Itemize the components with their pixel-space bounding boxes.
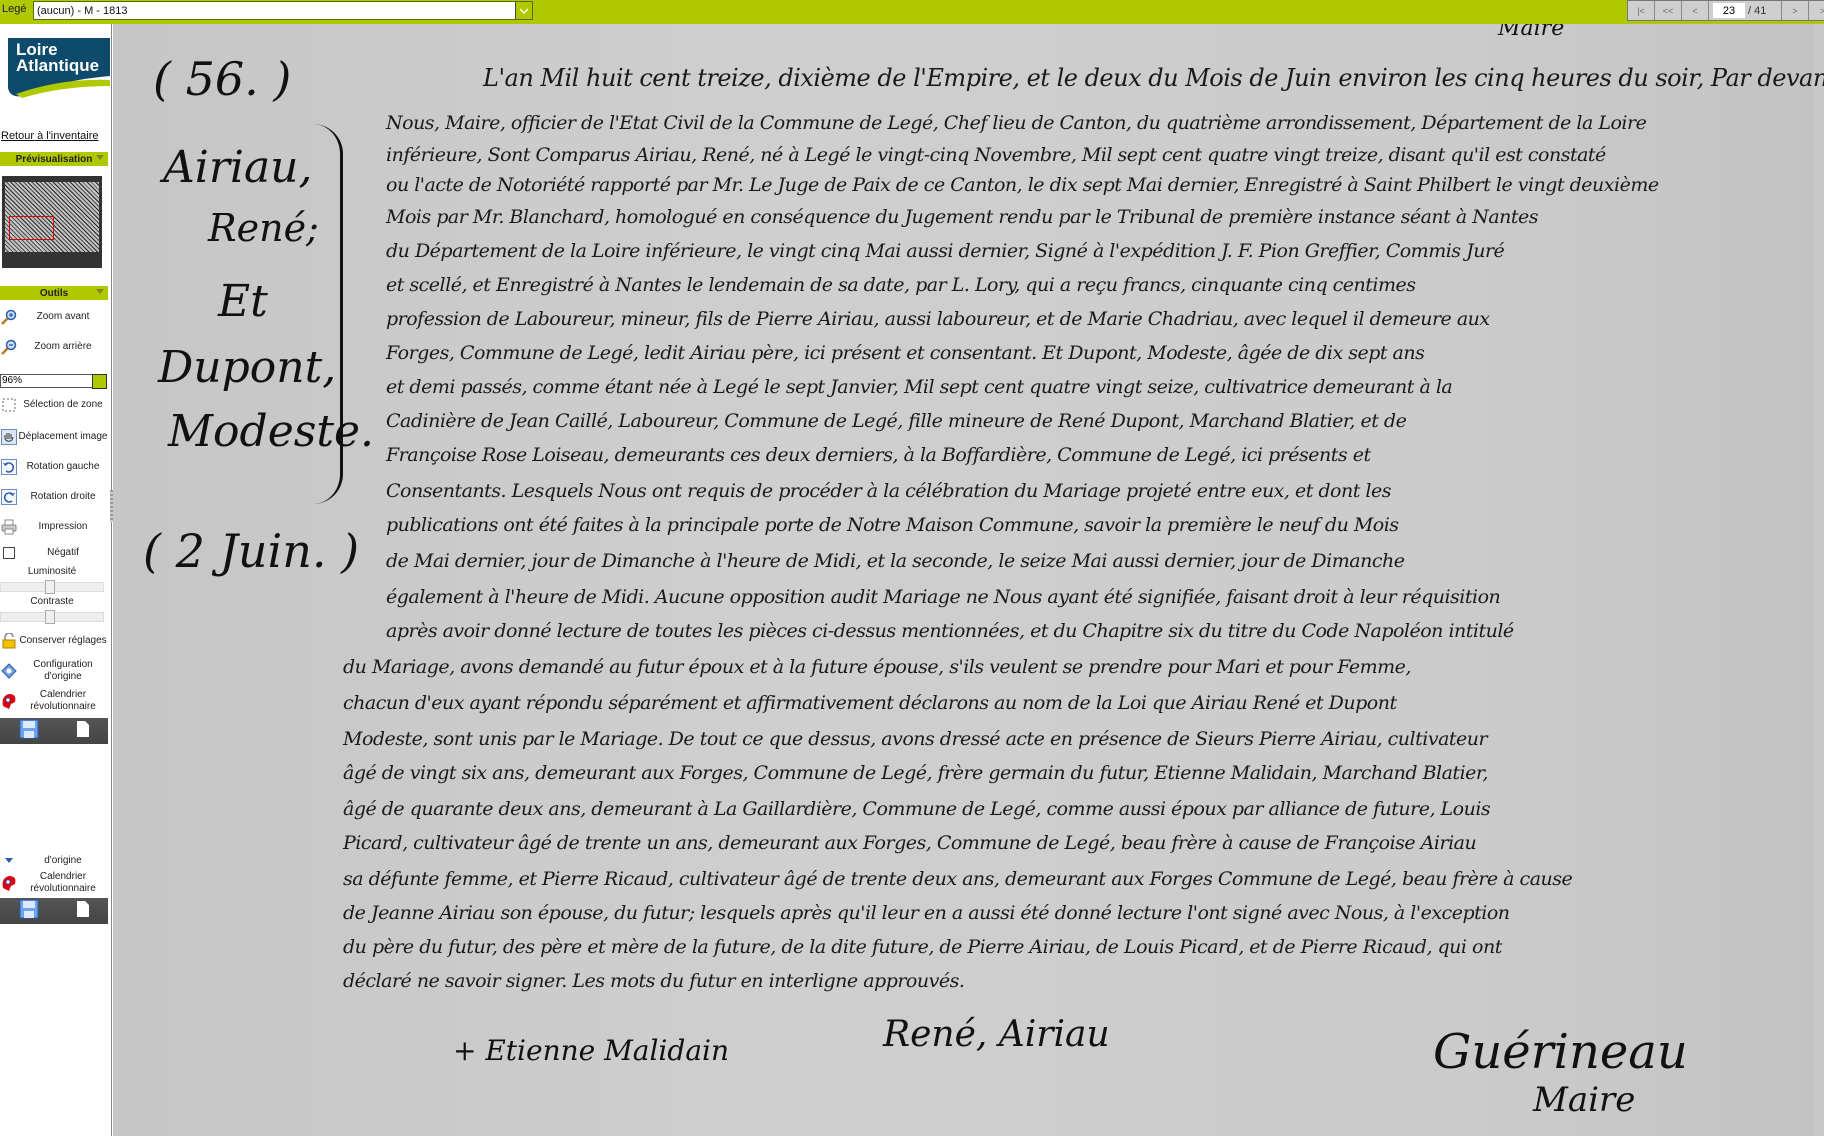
page-navigation: |< << < / 41 > > [1627, 0, 1824, 21]
logo-text: Loire Atlantique [16, 42, 99, 74]
zoom-in-button[interactable]: Zoom avant [0, 308, 108, 326]
document-line: âgé de vingt six ans, demeurant aux Forg… [343, 762, 1488, 784]
slider-handle[interactable] [45, 580, 55, 594]
margin-and: Et [218, 276, 268, 327]
document-icon[interactable] [76, 900, 90, 923]
document-line: Nous, Maire, officier de l'Etat Civil de… [386, 112, 1646, 134]
document-line: également à l'heure de Midi. Aucune oppo… [386, 586, 1500, 608]
document-line: de Mai dernier, jour de Dimanche à l'heu… [386, 550, 1404, 572]
margin-bride-name: Modeste. [168, 406, 374, 457]
prev-page-button[interactable]: < [1682, 1, 1709, 20]
scanned-register-page: Maire ( 56. ) Airiau, René; Et Dupont, M… [113, 24, 1813, 1136]
zoom-level-value: 96% [2, 375, 22, 386]
chevron-down-icon[interactable] [515, 2, 532, 19]
act-number: ( 56. ) [153, 52, 291, 106]
document-line: et demi passés, comme étant née à Legé l… [386, 376, 1452, 398]
print-button[interactable]: Impression [0, 518, 108, 536]
document-line: sa défunte femme, et Pierre Ricaud, cult… [343, 868, 1572, 890]
document-line: Cadinière de Jean Caillé, Laboureur, Com… [386, 410, 1406, 432]
revolutionary-calendar-button-duplicate[interactable]: Calendrier révolutionnaire [0, 870, 108, 896]
preview-panel-header[interactable]: Prévisualisation [0, 152, 108, 166]
hand-icon [0, 428, 18, 446]
zoom-out-button[interactable]: Zoom arrière [0, 338, 108, 356]
sidebar-action-bar-duplicate [0, 898, 108, 924]
document-line: Picard, cultivateur âgé de trente un ans… [343, 832, 1476, 854]
sidebar-action-bar [0, 718, 108, 744]
document-line: Modeste, sont unis par le Mariage. De to… [343, 728, 1487, 750]
preview-header-label: Prévisualisation [16, 154, 93, 165]
witness-signature: + Etienne Malidain [453, 1034, 729, 1067]
selection-icon [0, 396, 18, 414]
mayor-title: Maire [1533, 1080, 1635, 1120]
select-zone-label: Sélection de zone [18, 399, 108, 411]
slider-handle[interactable] [45, 610, 55, 624]
logo-line2: Atlantique [16, 58, 99, 74]
page-indicator: / 41 [1709, 1, 1782, 20]
document-line: du Mariage, avons demandé au futur époux… [343, 656, 1411, 678]
keep-settings-button[interactable]: Conserver réglages [0, 628, 108, 654]
rotate-left-label: Rotation gauche [18, 461, 108, 473]
contrast-label: Contraste [0, 596, 104, 607]
chevron-down-icon[interactable] [92, 374, 107, 389]
move-image-label: Déplacement image [18, 431, 108, 443]
document-line: et scellé, et Enregistré à Nantes le len… [386, 274, 1416, 296]
header-fragment: Maire [1498, 24, 1564, 41]
margin-groom-surname: Airiau, [163, 142, 313, 193]
document-viewer[interactable]: Maire ( 56. ) Airiau, René; Et Dupont, M… [113, 24, 1824, 1136]
document-line: profession de Laboureur, mineur, fils de… [386, 308, 1490, 330]
keep-settings-label: Conserver réglages [18, 635, 108, 647]
margin-date: ( 2 Juin. ) [143, 524, 359, 578]
total-pages: / 41 [1748, 5, 1766, 17]
negative-label: Négatif [18, 547, 108, 559]
document-line: ou l'acte de Notoriété rapporté par Mr. … [386, 174, 1659, 196]
top-toolbar: Legé (aucun) - M - 1813 |< << < / 41 > > [0, 0, 1824, 24]
original-config-label: d'origine [18, 855, 108, 867]
next-page-button[interactable]: > [1782, 1, 1809, 20]
document-line: chacun d'eux ayant répondu séparément et… [343, 692, 1397, 714]
document-line: L'an Mil huit cent treize, dixième de l'… [483, 64, 1824, 92]
first-page-button[interactable]: |< [1628, 1, 1655, 20]
rotate-right-button[interactable]: Rotation droite [0, 488, 108, 506]
last-page-button[interactable]: > [1809, 1, 1824, 20]
brightness-label: Luminosité [0, 566, 104, 577]
mayor-signature: Guérineau [1433, 1024, 1688, 1080]
zoom-out-icon [0, 338, 18, 356]
print-label: Impression [18, 521, 108, 533]
tools-panel-header[interactable]: Outils [0, 286, 108, 300]
document-line: Françoise Rose Loiseau, demeurants ces d… [386, 444, 1371, 466]
document-icon[interactable] [76, 720, 90, 743]
document-line: Forges, Commune de Legé, ledit Airiau pè… [386, 342, 1424, 364]
phrygian-cap-icon [0, 692, 18, 710]
rotate-right-icon [0, 488, 18, 506]
document-line: de Jeanne Airiau son épouse, du futur; l… [343, 902, 1510, 924]
preview-thumbnail[interactable] [2, 176, 102, 268]
loire-atlantique-logo: Loire Atlantique [2, 36, 112, 98]
margin-bride-surname: Dupont, [158, 342, 336, 393]
lock-icon [0, 632, 18, 650]
reset-config-icon [0, 852, 18, 870]
document-line: du père du futur, des père et mère de la… [343, 936, 1502, 958]
fast-back-button[interactable]: << [1655, 1, 1682, 20]
page-number-input[interactable] [1713, 3, 1745, 18]
contrast-slider[interactable] [0, 612, 104, 622]
revolutionary-calendar-label: Calendrier révolutionnaire [18, 871, 108, 895]
document-line: âgé de quarante deux ans, demeurant à La… [343, 798, 1490, 820]
revolutionary-calendar-label: Calendrier révolutionnaire [18, 689, 108, 713]
zoom-level-select[interactable]: 96% [0, 374, 107, 388]
phrygian-cap-icon [0, 874, 18, 892]
document-line: inférieure, Sont Comparus Airiau, René, … [386, 144, 1606, 166]
back-to-inventory-link[interactable]: Retour à l'inventaire [0, 130, 112, 142]
checkbox[interactable] [0, 544, 18, 562]
reset-config-icon [0, 662, 18, 680]
save-icon[interactable] [19, 899, 39, 924]
document-line: publications ont été faites à la princip… [386, 514, 1399, 536]
brightness-slider[interactable] [0, 582, 104, 592]
select-zone-button[interactable]: Sélection de zone [0, 396, 108, 414]
document-line: Consentants. Lesquels Nous ont requis de… [386, 480, 1391, 502]
sidebar: Loire Atlantique Retour à l'inventaire P… [0, 24, 112, 1136]
document-line: du Département de la Loire inférieure, l… [386, 240, 1504, 262]
zoom-in-icon [0, 308, 18, 326]
collapse-chevron-icon[interactable] [96, 155, 104, 160]
rotate-left-icon [0, 458, 18, 476]
move-image-button[interactable]: Déplacement image [0, 422, 108, 452]
save-icon[interactable] [19, 719, 39, 744]
margin-bracket [313, 124, 343, 504]
commune-label: Legé [2, 3, 26, 15]
rotate-right-label: Rotation droite [18, 491, 108, 503]
zoom-in-label: Zoom avant [18, 311, 108, 323]
original-config-button[interactable]: Configuration d'origine [0, 658, 108, 684]
tools-header-label: Outils [40, 288, 68, 299]
document-line: déclaré ne savoir signer. Les mots du fu… [343, 970, 964, 992]
document-line: Mois par Mr. Blanchard, homologué en con… [386, 206, 1538, 228]
viewport-frame[interactable] [9, 216, 54, 240]
collapse-chevron-icon[interactable] [96, 289, 104, 294]
original-config-label: Configuration d'origine [18, 659, 108, 683]
margin-groom-name: René; [208, 206, 319, 250]
document-select[interactable]: (aucun) - M - 1813 [33, 1, 533, 20]
zoom-out-label: Zoom arrière [18, 341, 108, 353]
original-config-fragment[interactable]: d'origine [0, 854, 108, 868]
negative-toggle[interactable]: Négatif [0, 544, 108, 562]
document-select-value: (aucun) - M - 1813 [34, 5, 515, 17]
document-line: après avoir donné lecture de toutes les … [386, 620, 1514, 642]
groom-signature: René, Airiau [883, 1014, 1110, 1055]
printer-icon [0, 518, 18, 536]
revolutionary-calendar-button[interactable]: Calendrier révolutionnaire [0, 688, 108, 714]
rotate-left-button[interactable]: Rotation gauche [0, 458, 108, 476]
